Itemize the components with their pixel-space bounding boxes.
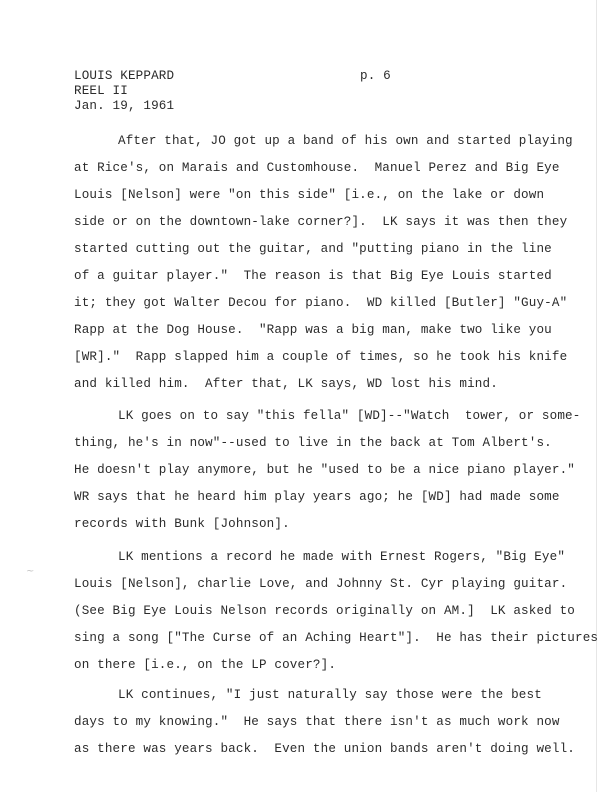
- text-line: LK mentions a record he made with Ernest…: [118, 544, 565, 571]
- text-line: LK continues, "I just naturally say thos…: [118, 682, 542, 709]
- text-line: Rapp at the Dog House. "Rapp was a big m…: [74, 317, 552, 344]
- text-line: After that, JO got up a band of his own …: [118, 128, 573, 155]
- text-line: days to my knowing." He says that there …: [74, 709, 560, 736]
- text-line: as there was years back. Even the union …: [74, 736, 575, 763]
- text-line: it; they got Walter Decou for piano. WD …: [74, 290, 567, 317]
- document-page: LOUIS KEPPARD REEL II Jan. 19, 1961 p. 6…: [0, 0, 612, 792]
- interviewee-name: LOUIS KEPPARD: [74, 69, 174, 84]
- text-line: at Rice's, on Marais and Customhouse. Ma…: [74, 155, 560, 182]
- text-line: of a guitar player." The reason is that …: [74, 263, 552, 290]
- reel-label: REEL II: [74, 84, 174, 99]
- text-line: thing, he's in now"--used to live in the…: [74, 430, 552, 457]
- document-header: LOUIS KEPPARD REEL II Jan. 19, 1961: [74, 69, 174, 114]
- page-edge-line: [596, 0, 597, 792]
- text-line: side or on the downtown-lake corner?]. L…: [74, 209, 567, 236]
- text-line: Louis [Nelson], charlie Love, and Johnny…: [74, 571, 567, 598]
- text-line: Louis [Nelson] were "on this side" [i.e.…: [74, 182, 544, 209]
- margin-note: ~: [26, 566, 35, 577]
- text-line: and killed him. After that, LK says, WD …: [74, 371, 498, 398]
- text-line: records with Bunk [Johnson].: [74, 511, 290, 538]
- text-line: WR says that he heard him play years ago…: [74, 484, 560, 511]
- text-line: He doesn't play anymore, but he "used to…: [74, 457, 575, 484]
- text-line: sing a song ["The Curse of an Aching Hea…: [74, 625, 598, 652]
- text-line: started cutting out the guitar, and "put…: [74, 236, 552, 263]
- interview-date: Jan. 19, 1961: [74, 99, 174, 114]
- text-line: (See Big Eye Louis Nelson records origin…: [74, 598, 575, 625]
- text-line: LK goes on to say "this fella" [WD]--"Wa…: [118, 403, 580, 430]
- text-line: [WR]." Rapp slapped him a couple of time…: [74, 344, 567, 371]
- text-line: on there [i.e., on the LP cover?].: [74, 652, 336, 679]
- page-number: p. 6: [360, 69, 391, 84]
